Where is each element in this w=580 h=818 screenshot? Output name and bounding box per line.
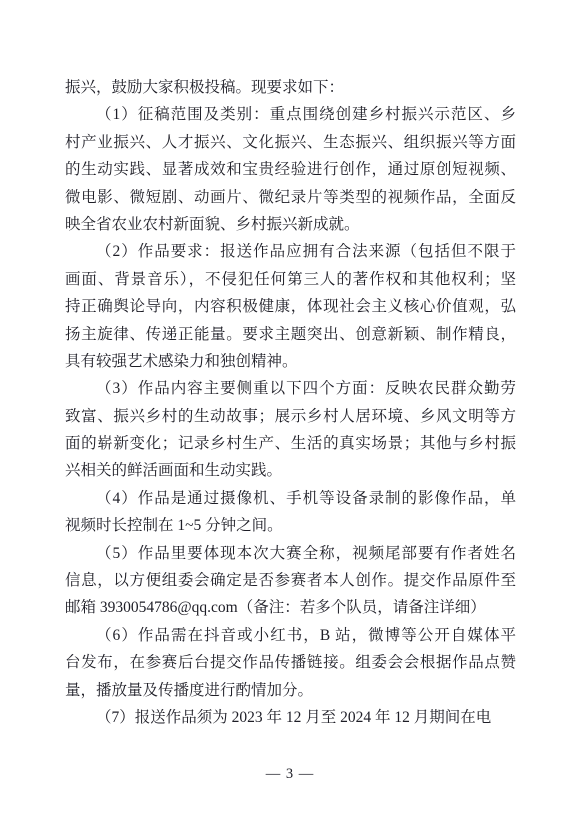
paragraph: （1）征稿范围及类别：重点围绕创建乡村振兴示范区、乡村产业振兴、人才振兴、文化振… — [65, 101, 516, 238]
text-line: 村产业振兴、人才振兴、文化振兴、生态振兴、组织振兴等方面 — [65, 129, 516, 156]
text-line: 致富、振兴乡村的生动故事；展示乡村人居环境、乡风文明等方 — [65, 403, 516, 430]
text-line: 台发布，在参赛后台提交作品传播链接。组委会会根据作品点赞 — [65, 649, 516, 676]
paragraph: （6）作品需在抖音或小红书，B 站，微博等公开自媒体平台发布，在参赛后台提交作品… — [65, 622, 516, 704]
text-line: 具有较强艺术感染力和独创精神。 — [65, 348, 516, 375]
text-line: 视频时长控制在 1~5 分钟之间。 — [65, 512, 516, 539]
paragraph: 振兴，鼓励大家积极投稿。现要求如下： — [65, 74, 516, 101]
text-line: （1）征稿范围及类别：重点围绕创建乡村振兴示范区、乡 — [65, 101, 516, 128]
text-line: 振兴，鼓励大家积极投稿。现要求如下： — [65, 74, 516, 101]
text-line: （4）作品是通过摄像机、手机等设备录制的影像作品，单 — [65, 485, 516, 512]
paragraph: （4）作品是通过摄像机、手机等设备录制的影像作品，单视频时长控制在 1~5 分钟… — [65, 485, 516, 540]
paragraph: （2）作品要求：报送作品应拥有合法来源（包括但不限于画面、背景音乐），不侵犯任何… — [65, 238, 516, 375]
text-line: （7）报送作品须为 2023 年 12 月至 2024 年 12 月期间在电 — [65, 704, 516, 731]
text-line: 兴相关的鲜活画面和生动实践。 — [65, 457, 516, 484]
text-line: 微电影、微短剧、动画片、微纪录片等类型的视频作品，全面反 — [65, 184, 516, 211]
document-page: 振兴，鼓励大家积极投稿。现要求如下：（1）征稿范围及类别：重点围绕创建乡村振兴示… — [0, 0, 580, 818]
text-line: 扬主旋律、传递正能量。要求主题突出、创意新颖、制作精良， — [65, 321, 516, 348]
paragraph: （7）报送作品须为 2023 年 12 月至 2024 年 12 月期间在电 — [65, 704, 516, 731]
text-line: 邮箱 3930054786@qq.com（备注：若多个队员，请备注详细） — [65, 594, 516, 621]
paragraph: （5）作品里要体现本次大赛全称，视频尾部要有作者姓名信息，以方便组委会确定是否参… — [65, 540, 516, 622]
text-line: 映全省农业农村新面貌、乡村振兴新成就。 — [65, 211, 516, 238]
paragraph: （3）作品内容主要侧重以下四个方面：反映农民群众勤劳致富、振兴乡村的生动故事；展… — [65, 375, 516, 485]
page-number: — 3 — — [0, 764, 580, 784]
text-line: 画面、背景音乐），不侵犯任何第三人的著作权和其他权利；坚 — [65, 266, 516, 293]
text-line: 量，播放量及传播度进行酌情加分。 — [65, 677, 516, 704]
text-line: （6）作品需在抖音或小红书，B 站，微博等公开自媒体平 — [65, 622, 516, 649]
text-line: （2）作品要求：报送作品应拥有合法来源（包括但不限于 — [65, 238, 516, 265]
text-line: 信息，以方便组委会确定是否参赛者本人创作。提交作品原件至 — [65, 567, 516, 594]
text-line: （3）作品内容主要侧重以下四个方面：反映农民群众勤劳 — [65, 375, 516, 402]
text-line: 面的崭新变化；记录乡村生产、生活的真实场景；其他与乡村振 — [65, 430, 516, 457]
text-line: 的生动实践、显著成效和宝贵经验进行创作，通过原创短视频、 — [65, 156, 516, 183]
text-line: 持正确舆论导向，内容积极健康，体现社会主义核心价值观，弘 — [65, 293, 516, 320]
text-line: （5）作品里要体现本次大赛全称，视频尾部要有作者姓名 — [65, 540, 516, 567]
document-body: 振兴，鼓励大家积极投稿。现要求如下：（1）征稿范围及类别：重点围绕创建乡村振兴示… — [65, 74, 516, 731]
